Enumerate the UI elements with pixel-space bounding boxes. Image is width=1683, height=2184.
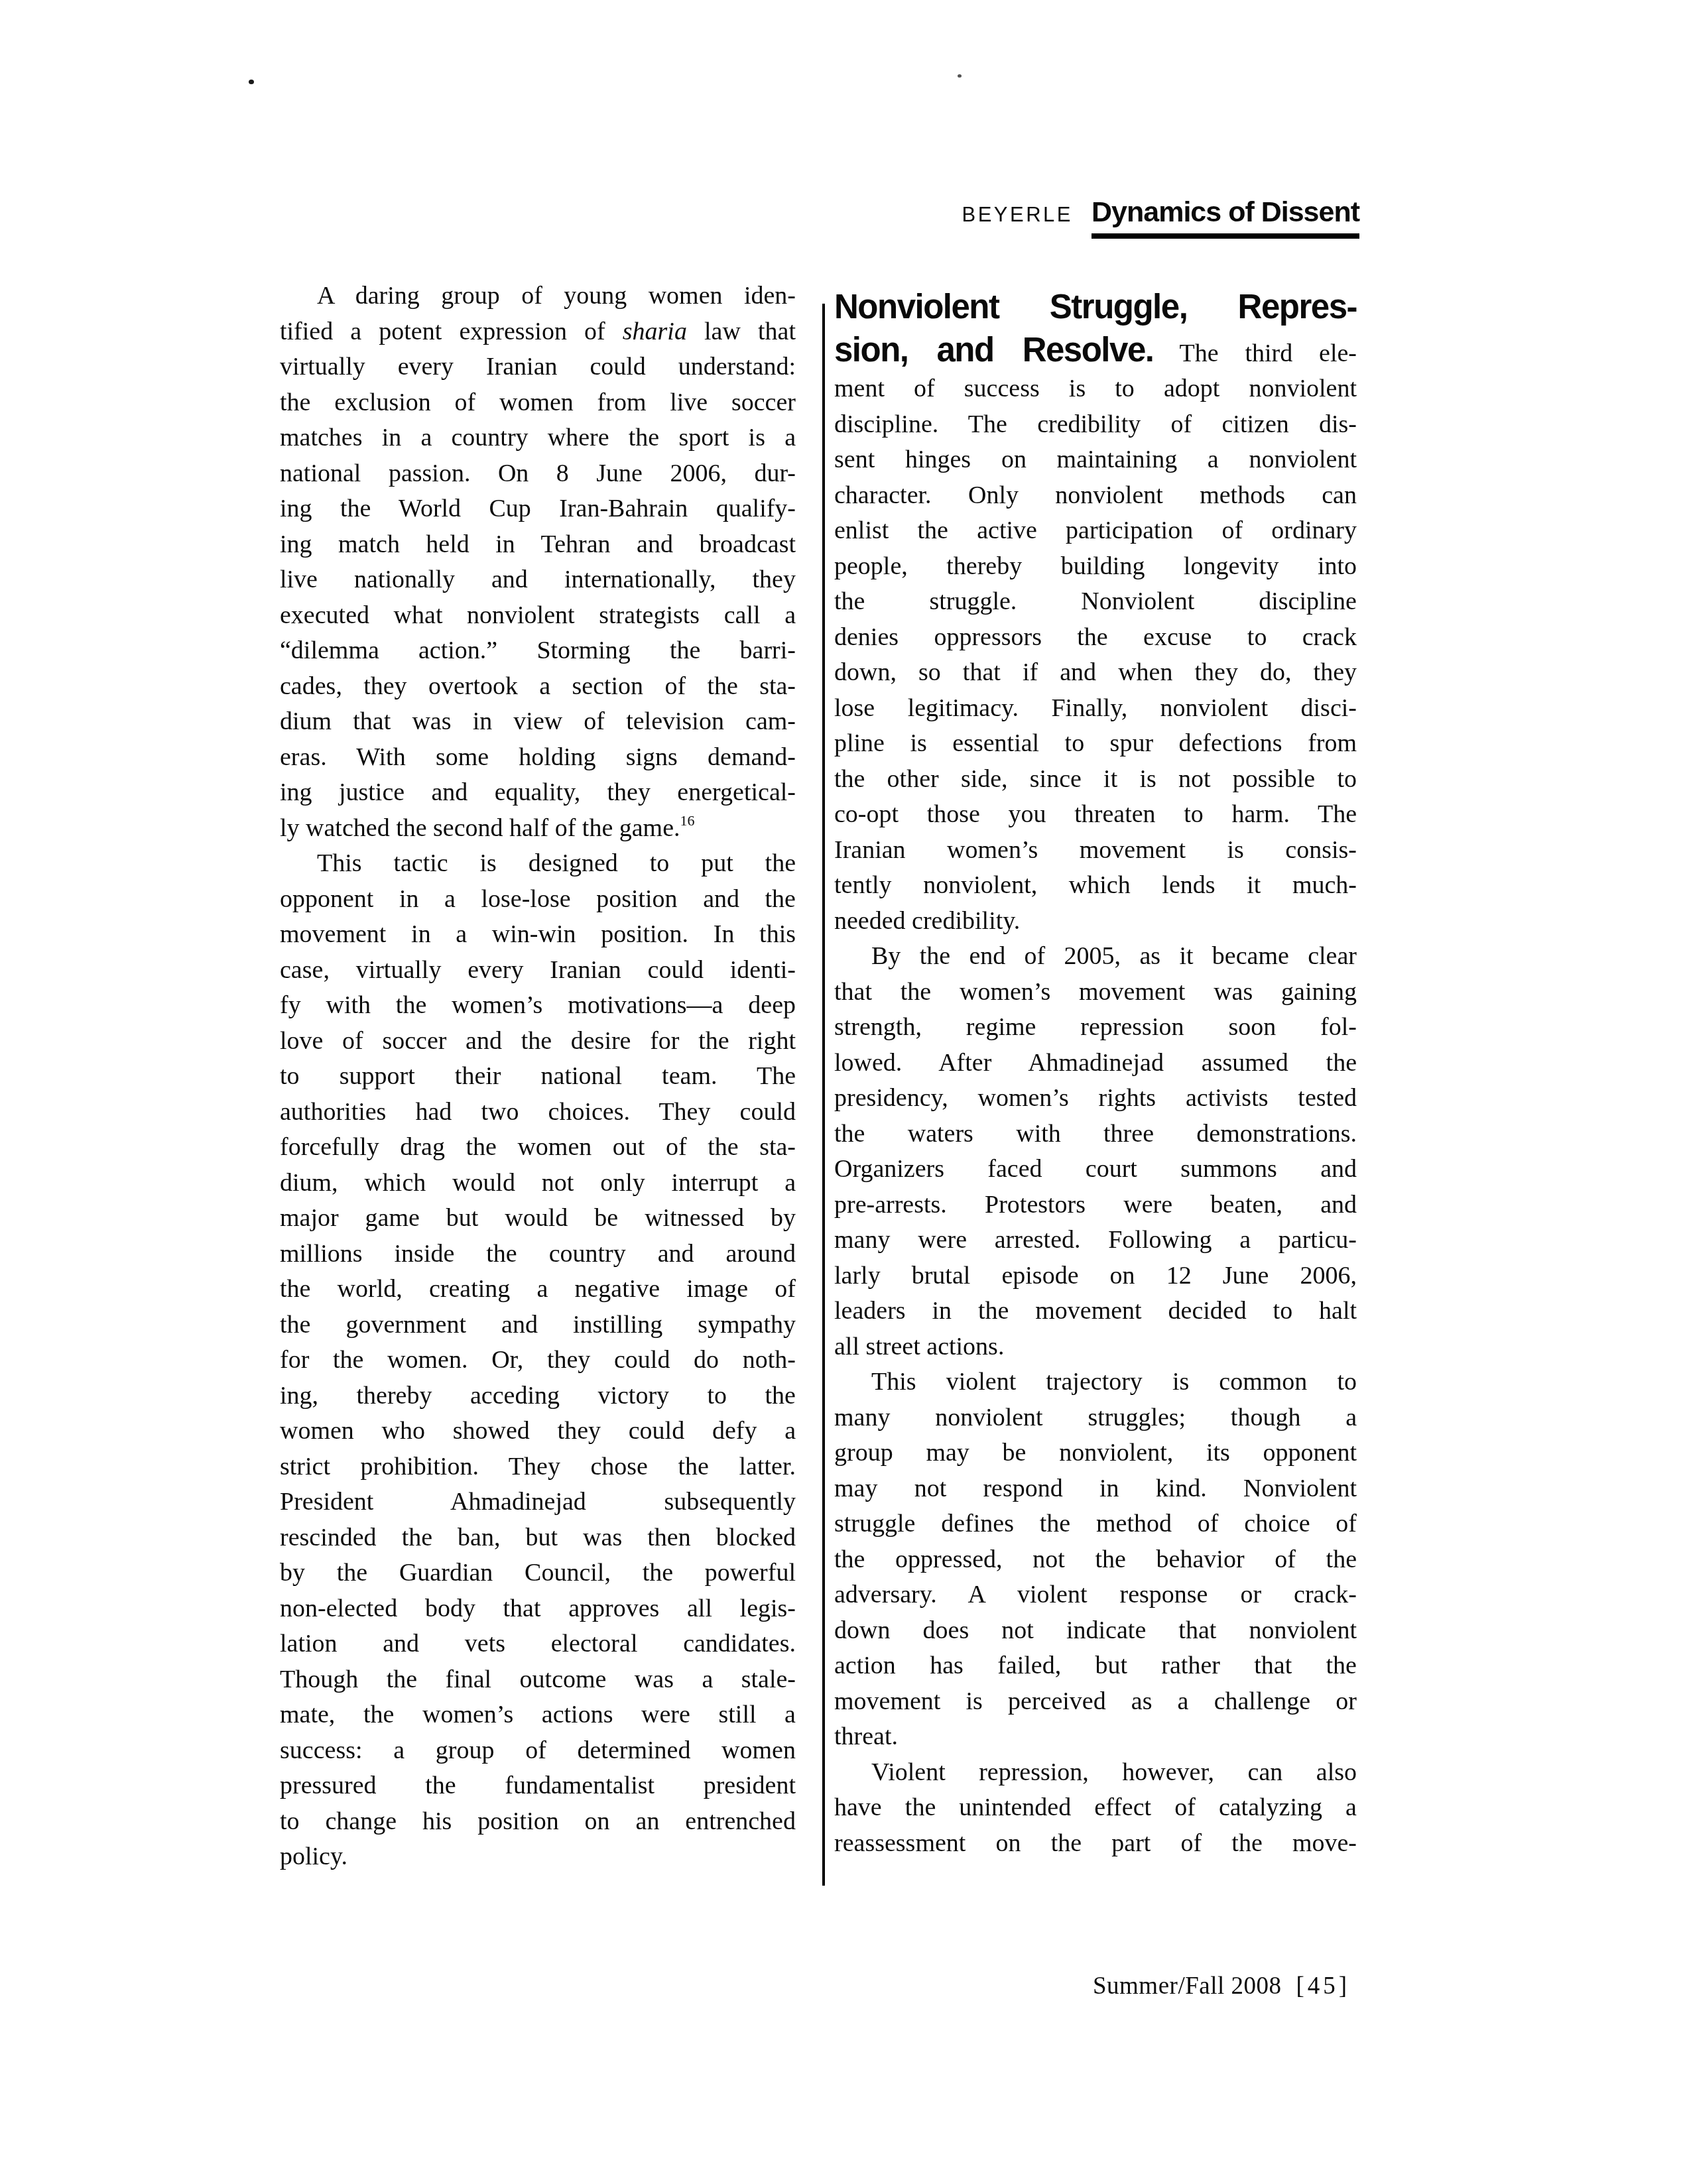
- body-text: the struggle. Nonviolent discipline: [834, 587, 1357, 615]
- text-line: authorities had two choices. They could: [280, 1095, 796, 1130]
- issue-label: Summer/Fall 2008: [1093, 1972, 1281, 2000]
- text-line: mate, the women’s actions were still a: [280, 1697, 796, 1733]
- text-line: opponent in a lose-lose position and the: [280, 882, 796, 918]
- text-line: to change his position on an entrenched: [280, 1804, 796, 1840]
- text-line: Organizers faced court summons and: [834, 1152, 1357, 1187]
- text-line: down does not indicate that nonviolent: [834, 1613, 1357, 1649]
- ink-speck: [249, 80, 254, 84]
- text-line: dium that was in view of television cam-: [280, 704, 796, 740]
- body-text: strict prohibition. They chose the latte…: [280, 1453, 796, 1481]
- body-text: the other side, since it is not possible…: [834, 765, 1357, 793]
- text-line: success: a group of determined women: [280, 1733, 796, 1769]
- body-text: Though the final outcome was a stale-: [280, 1666, 796, 1693]
- text-line: policy.: [280, 1839, 796, 1875]
- body-text: leaders in the movement decided to halt: [834, 1297, 1357, 1325]
- text-line: lowed. After Ahmadinejad assumed the: [834, 1046, 1357, 1081]
- body-text: This tactic is designed to put the: [317, 849, 796, 877]
- body-text: case, virtually every Iranian could iden…: [280, 956, 796, 984]
- text-line: A daring group of young women iden-: [280, 278, 796, 314]
- italic-term: sharia: [623, 318, 687, 345]
- body-text: presidency, women’s rights activists tes…: [834, 1084, 1357, 1112]
- body-text: action has failed, but rather that the: [834, 1652, 1357, 1679]
- text-line: Violent repression, however, can also: [834, 1755, 1357, 1791]
- text-line: major game but would be witnessed by: [280, 1201, 796, 1237]
- text-line: eras. With some holding signs demand-: [280, 740, 796, 776]
- body-text: millions inside the country and around: [280, 1240, 796, 1268]
- text-line: cades, they overtook a section of the st…: [280, 669, 796, 705]
- text-line: character. Only nonviolent methods can: [834, 478, 1357, 514]
- text-line: down, so that if and when they do, they: [834, 655, 1357, 691]
- body-text: to change his position on an entrenched: [280, 1807, 796, 1835]
- text-line: virtually every Iranian could understand…: [280, 349, 796, 385]
- journal-page: BEYERLE Dynamics of Dissent A daring gro…: [0, 0, 1683, 2184]
- text-line: non-elected body that approves all legis…: [280, 1591, 796, 1627]
- body-text: forcefully drag the women out of the sta…: [280, 1133, 796, 1161]
- text-line: adversary. A violent response or crack-: [834, 1577, 1357, 1613]
- body-text: love of soccer and the desire for the ri…: [280, 1027, 796, 1055]
- text-line: have the unintended effect of catalyzing…: [834, 1790, 1357, 1826]
- text-line: love of soccer and the desire for the ri…: [280, 1024, 796, 1060]
- body-text: live nationally and internationally, the…: [280, 566, 796, 593]
- text-line: women who showed they could defy a: [280, 1414, 796, 1449]
- body-text: sent hinges on maintaining a nonviolent: [834, 446, 1357, 473]
- body-text: policy.: [280, 1843, 347, 1870]
- text-line: national passion. On 8 June 2006, dur-: [280, 456, 796, 492]
- body-text: fy with the women’s motivations—a deep: [280, 991, 796, 1019]
- body-text: struggle defines the method of choice of: [834, 1510, 1357, 1538]
- body-text: the world, creating a negative image of: [280, 1275, 796, 1303]
- body-text: ment of success is to adopt nonviolent: [834, 375, 1357, 402]
- text-line: all street actions.: [834, 1329, 1357, 1365]
- body-text: ly watched the second half of the game.: [280, 814, 680, 842]
- text-line: “dilemma action.” Storming the barri-: [280, 633, 796, 669]
- body-text: the exclusion of women from live soccer: [280, 389, 796, 416]
- text-line: the exclusion of women from live soccer: [280, 385, 796, 421]
- text-line: pline is essential to spur defections fr…: [834, 726, 1357, 762]
- body-text: President Ahmadinejad subsequently: [280, 1488, 796, 1516]
- body-text: reassessment on the part of the move-: [834, 1829, 1357, 1857]
- text-line: dium, which would not only interrupt a: [280, 1166, 796, 1201]
- right-text-column: Nonviolent Struggle, Repres-sion, and Re…: [834, 285, 1357, 1861]
- text-line: denies oppressors the excuse to crack: [834, 620, 1357, 656]
- text-line: fy with the women’s motivations—a deep: [280, 988, 796, 1024]
- body-text: adversary. A violent response or crack-: [834, 1581, 1357, 1608]
- body-text: co-opt those you threaten to harm. The: [834, 800, 1357, 828]
- text-line: action has failed, but rather that the: [834, 1648, 1357, 1684]
- page-footer: Summer/Fall 2008 [45]: [1093, 1972, 1350, 2000]
- text-line: needed credibility.: [834, 904, 1357, 940]
- text-line: pre-arrests. Protestors were beaten, and: [834, 1187, 1357, 1223]
- section-heading-text: sion, and Resolve.: [834, 331, 1153, 369]
- footnote-reference: 16: [680, 812, 695, 829]
- text-line: President Ahmadinejad subsequently: [280, 1485, 796, 1520]
- text-line: that the women’s movement was gaining: [834, 975, 1357, 1010]
- body-text: discipline. The credibility of citizen d…: [834, 410, 1357, 438]
- text-line: the struggle. Nonviolent discipline: [834, 584, 1357, 620]
- body-text: success: a group of determined women: [280, 1736, 796, 1764]
- body-text: may not respond in kind. Nonviolent: [834, 1475, 1357, 1502]
- text-line: ment of success is to adopt nonviolent: [834, 371, 1357, 407]
- body-text: Iranian women’s movement is consis-: [834, 836, 1357, 864]
- text-line: struggle defines the method of choice of: [834, 1506, 1357, 1542]
- article-title-underlined: Dynamics of Dissent: [1091, 196, 1359, 239]
- body-text: threat.: [834, 1723, 898, 1750]
- body-text: mate, the women’s actions were still a: [280, 1701, 796, 1729]
- body-text: many were arrested. Following a particu-: [834, 1226, 1357, 1254]
- text-line: presidency, women’s rights activists tes…: [834, 1081, 1357, 1117]
- text-line: co-opt those you threaten to harm. The: [834, 797, 1357, 833]
- text-line: ing match held in Tehran and broadcast: [280, 527, 796, 563]
- body-text: executed what nonviolent strategists cal…: [280, 601, 796, 629]
- text-line: lation and vets electoral candidates.: [280, 1626, 796, 1662]
- body-text: ing justice and equality, they energetic…: [280, 778, 796, 806]
- text-line: This violent trajectory is common to: [834, 1365, 1357, 1400]
- text-line: executed what nonviolent strategists cal…: [280, 598, 796, 634]
- body-text: authorities had two choices. They could: [280, 1098, 796, 1126]
- text-line: live nationally and internationally, the…: [280, 562, 796, 598]
- section-heading-text: Nonviolent Struggle, Repres-: [834, 288, 1357, 326]
- body-text: non-elected body that approves all legis…: [280, 1595, 796, 1622]
- text-line: group may be nonviolent, its opponent: [834, 1435, 1357, 1471]
- text-line: by the Guardian Council, the powerful: [280, 1555, 796, 1591]
- body-text: tently nonviolent, which lends it much-: [834, 871, 1357, 899]
- text-line: movement in a win-win position. In this: [280, 917, 796, 953]
- body-text: pre-arrests. Protestors were beaten, and: [834, 1191, 1357, 1219]
- body-text: have the unintended effect of catalyzing…: [834, 1793, 1357, 1821]
- body-text: character. Only nonviolent methods can: [834, 481, 1357, 509]
- body-text: national passion. On 8 June 2006, dur-: [280, 459, 796, 487]
- body-text: larly brutal episode on 12 June 2006,: [834, 1262, 1357, 1290]
- text-line: strength, regime repression soon fol-: [834, 1010, 1357, 1046]
- text-line: ing justice and equality, they energetic…: [280, 775, 796, 811]
- body-text: lowed. After Ahmadinejad assumed the: [834, 1049, 1357, 1077]
- body-text: the oppressed, not the behavior of the: [834, 1546, 1357, 1573]
- running-header: BEYERLE Dynamics of Dissent: [962, 196, 1359, 239]
- body-text: lose legitimacy. Finally, nonviolent dis…: [834, 694, 1357, 722]
- text-line: discipline. The credibility of citizen d…: [834, 407, 1357, 443]
- body-text: Organizers faced court summons and: [834, 1155, 1357, 1183]
- page-number: [45]: [1296, 1972, 1350, 2000]
- body-text: by the Guardian Council, the powerful: [280, 1559, 796, 1587]
- text-line: people, thereby building longevity into: [834, 549, 1357, 585]
- text-line: ing the World Cup Iran-Bahrain qualify-: [280, 491, 796, 527]
- body-text: The third ele-: [1153, 339, 1357, 367]
- body-text: This violent trajectory is common to: [871, 1368, 1357, 1396]
- body-text: dium, which would not only interrupt a: [280, 1169, 796, 1197]
- body-text: down does not indicate that nonviolent: [834, 1616, 1357, 1644]
- text-line: larly brutal episode on 12 June 2006,: [834, 1258, 1357, 1294]
- text-line: tified a potent expression of sharia law…: [280, 314, 796, 350]
- text-line: threat.: [834, 1719, 1357, 1755]
- text-line: Though the final outcome was a stale-: [280, 1662, 796, 1698]
- body-text: matches in a country where the sport is …: [280, 424, 796, 452]
- body-text: ing match held in Tehran and broadcast: [280, 530, 796, 558]
- text-line: strict prohibition. They chose the latte…: [280, 1449, 796, 1485]
- text-line: This tactic is designed to put the: [280, 846, 796, 882]
- text-line: the government and instilling sympathy: [280, 1307, 796, 1343]
- body-text: Violent repression, however, can also: [871, 1758, 1357, 1786]
- text-line: enlist the active participation of ordin…: [834, 513, 1357, 549]
- body-text: the government and instilling sympathy: [280, 1311, 796, 1339]
- text-line: case, virtually every Iranian could iden…: [280, 953, 796, 989]
- body-text: that the women’s movement was gaining: [834, 978, 1357, 1006]
- body-text: enlist the active participation of ordin…: [834, 516, 1357, 544]
- text-line: forcefully drag the women out of the sta…: [280, 1130, 796, 1166]
- text-line: lose legitimacy. Finally, nonviolent dis…: [834, 691, 1357, 727]
- body-text: eras. With some holding signs demand-: [280, 743, 796, 771]
- text-line: may not respond in kind. Nonviolent: [834, 1471, 1357, 1507]
- ink-speck: [958, 74, 962, 78]
- body-text: By the end of 2005, as it became clear: [871, 942, 1357, 970]
- body-text: group may be nonviolent, its opponent: [834, 1439, 1357, 1467]
- body-text: down, so that if and when they do, they: [834, 658, 1357, 686]
- text-line: for the women. Or, they could do noth-: [280, 1343, 796, 1378]
- text-line: tently nonviolent, which lends it much-: [834, 868, 1357, 904]
- text-line: Iranian women’s movement is consis-: [834, 833, 1357, 869]
- section-heading-line: sion, and Resolve. The third ele-: [834, 328, 1357, 371]
- body-text: to support their national team. The: [280, 1062, 796, 1090]
- text-line: the oppressed, not the behavior of the: [834, 1542, 1357, 1578]
- body-text: denies oppressors the excuse to crack: [834, 623, 1357, 651]
- text-line: the waters with three demonstrations.: [834, 1117, 1357, 1152]
- body-text: all street actions.: [834, 1333, 1004, 1361]
- text-line: pressured the fundamentalist president: [280, 1768, 796, 1804]
- body-text: for the women. Or, they could do noth-: [280, 1346, 796, 1374]
- body-text: A daring group of young women iden-: [317, 282, 796, 310]
- body-text: women who showed they could defy a: [280, 1417, 796, 1445]
- text-line: rescinded the ban, but was then blocked: [280, 1520, 796, 1556]
- text-line: ly watched the second half of the game.1…: [280, 811, 796, 847]
- text-line: sent hinges on maintaining a nonviolent: [834, 442, 1357, 478]
- text-line: movement is perceived as a challenge or: [834, 1684, 1357, 1720]
- body-text: cades, they overtook a section of the st…: [280, 672, 796, 700]
- body-text: “dilemma action.” Storming the barri-: [280, 637, 796, 664]
- text-line: reassessment on the part of the move-: [834, 1826, 1357, 1862]
- text-line: millions inside the country and around: [280, 1237, 796, 1272]
- body-text: the waters with three demonstrations.: [834, 1120, 1357, 1148]
- text-line: many were arrested. Following a particu-: [834, 1223, 1357, 1258]
- text-line: the world, creating a negative image of: [280, 1272, 796, 1307]
- body-text: law that: [687, 318, 796, 345]
- body-text: virtually every Iranian could understand…: [280, 353, 796, 381]
- body-text: opponent in a lose-lose position and the: [280, 885, 796, 913]
- body-text: lation and vets electoral candidates.: [280, 1630, 796, 1658]
- text-line: the other side, since it is not possible…: [834, 762, 1357, 798]
- body-text: movement in a win-win position. In this: [280, 920, 796, 948]
- body-text: people, thereby building longevity into: [834, 552, 1357, 580]
- body-text: movement is perceived as a challenge or: [834, 1687, 1357, 1715]
- body-text: pline is essential to spur defections fr…: [834, 729, 1357, 757]
- body-text: ing, thereby acceding victory to the: [280, 1382, 796, 1410]
- body-text: rescinded the ban, but was then blocked: [280, 1524, 796, 1551]
- body-text: strength, regime repression soon fol-: [834, 1013, 1357, 1041]
- column-divider-rule: [822, 304, 825, 1886]
- body-text: pressured the fundamentalist president: [280, 1772, 796, 1799]
- body-text: tified a potent expression of: [280, 318, 623, 345]
- text-line: ing, thereby acceding victory to the: [280, 1378, 796, 1414]
- text-line: By the end of 2005, as it became clear: [834, 939, 1357, 975]
- body-text: ing the World Cup Iran-Bahrain qualify-: [280, 495, 796, 522]
- section-heading-line: Nonviolent Struggle, Repres-: [834, 285, 1357, 328]
- text-line: leaders in the movement decided to halt: [834, 1294, 1357, 1329]
- text-line: matches in a country where the sport is …: [280, 420, 796, 456]
- left-text-column: A daring group of young women iden-tifie…: [280, 278, 796, 1875]
- author-name: BEYERLE: [962, 203, 1074, 227]
- body-text: dium that was in view of television cam-: [280, 707, 796, 735]
- text-line: to support their national team. The: [280, 1059, 796, 1095]
- text-line: many nonviolent struggles; though a: [834, 1400, 1357, 1436]
- body-text: many nonviolent struggles; though a: [834, 1404, 1357, 1431]
- body-text: needed credibility.: [834, 907, 1020, 935]
- body-text: major game but would be witnessed by: [280, 1204, 796, 1232]
